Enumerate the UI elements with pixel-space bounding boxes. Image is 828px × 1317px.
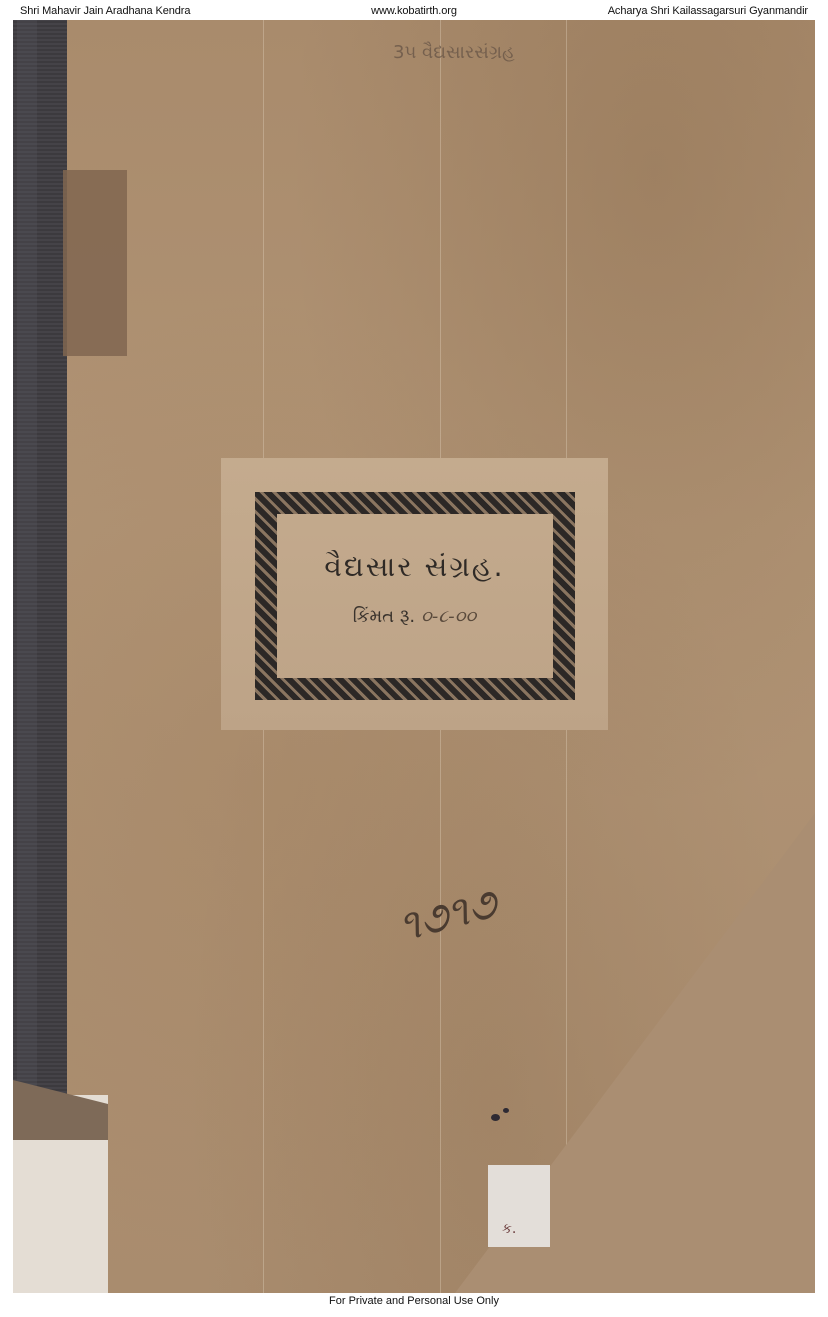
price-line: કિંમત રૂ. ૦-૮-૦૦ bbox=[221, 606, 608, 627]
handwritten-top-note: 3૫ વૈદ્યસારસંગ્રહ bbox=[393, 42, 515, 63]
ink-spot bbox=[491, 1114, 500, 1121]
handwritten-number: ૧૭૧૭ bbox=[393, 878, 502, 952]
header-right-text: Acharya Shri Kailassagarsuri Gyanmandir bbox=[608, 4, 808, 18]
ink-spot bbox=[503, 1108, 509, 1113]
title-label: વૈદ્યસાર સંગ્રહ. કિંમત રૂ. ૦-૮-૦૦ bbox=[221, 458, 608, 730]
paper-patch bbox=[63, 170, 127, 356]
price-handwritten: ૦-૮-૦૦ bbox=[421, 606, 476, 627]
price-label: કિંમત રૂ. bbox=[353, 606, 415, 627]
spine-highlight bbox=[17, 20, 37, 1095]
library-sticker: ક. bbox=[488, 1165, 550, 1247]
ornamental-border bbox=[255, 492, 575, 700]
sticker-text: ક. bbox=[502, 1221, 516, 1237]
book-cover-scan: 3૫ વૈદ્યસારસંગ્રહ વૈદ્યસાર સંગ્રહ. કિંમત… bbox=[13, 20, 815, 1293]
footer-text: For Private and Personal Use Only bbox=[0, 1295, 828, 1307]
book-title: વૈદ્યસાર સંગ્રહ. bbox=[221, 550, 608, 584]
